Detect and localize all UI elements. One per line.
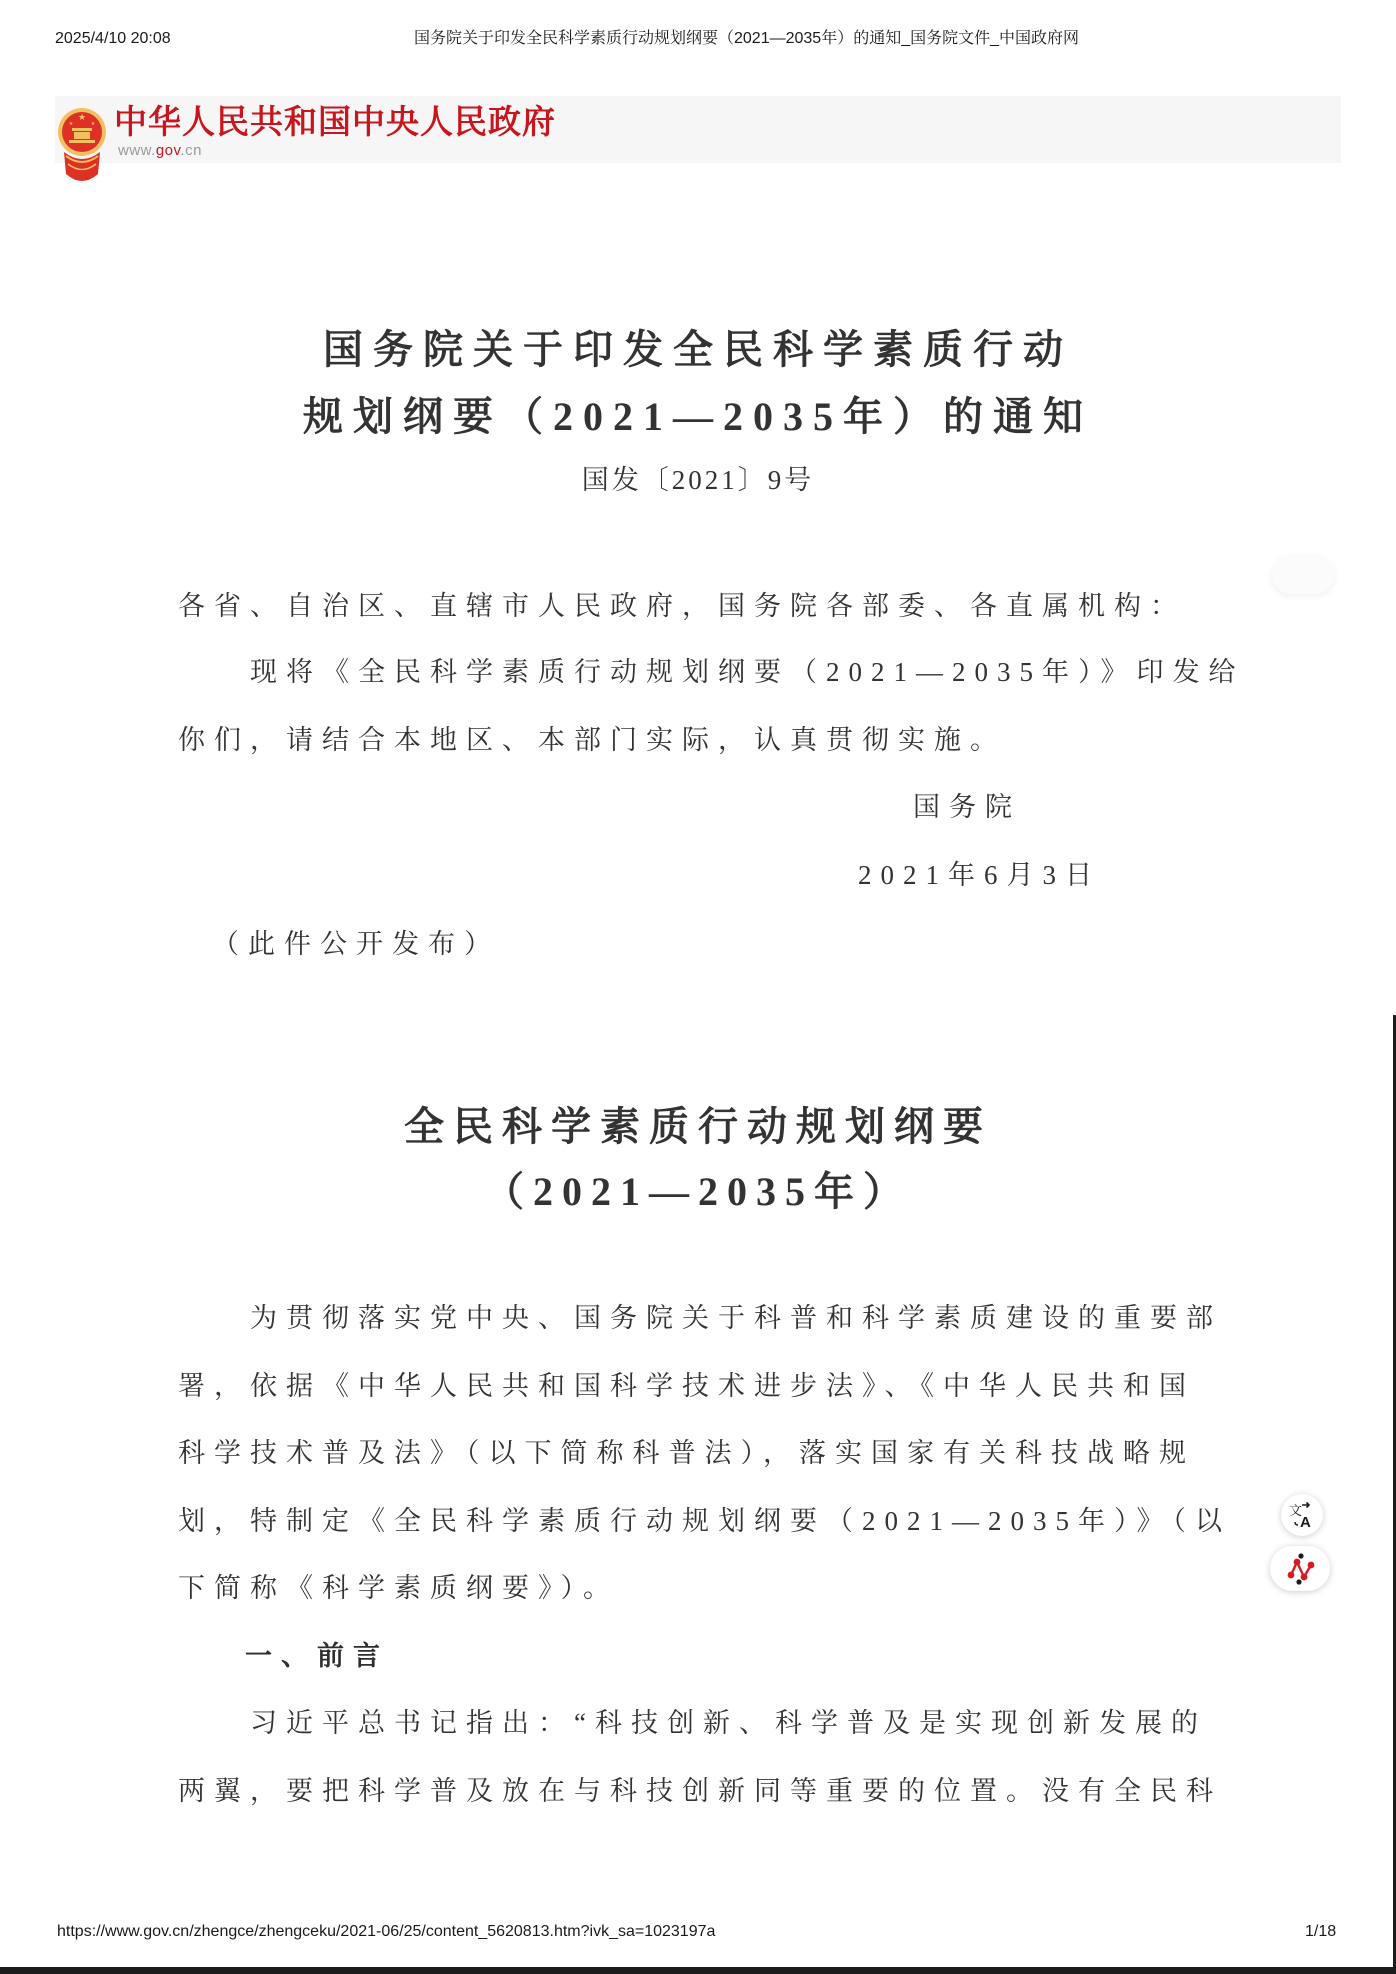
paragraph-basis: 为贯彻落实党中央、国务院关于科普和科学素质建设的重要部 署，依据《中华人民共和国…: [178, 1285, 1298, 1623]
site-url-www: www.: [118, 142, 156, 159]
outline-title: 全民科学素质行动规划纲要 （2021—2035年）: [178, 1094, 1218, 1224]
document-title: 国务院关于印发全民科学素质行动 规划纲要（2021—2035年）的通知: [178, 316, 1218, 450]
node-network-icon: [1284, 1553, 1316, 1585]
print-footer-page-number: 1/18: [1305, 1922, 1336, 1942]
svg-text:★: ★: [78, 112, 86, 122]
site-url: www.gov.cn: [118, 142, 202, 159]
translate-icon: 文 A: [1288, 1501, 1316, 1529]
paragraph-quote: 习近平总书记指出：“科技创新、科学普及是实现创新发展的 两翼，要把科学普及放在与…: [178, 1690, 1298, 1825]
node-network-button[interactable]: [1270, 1546, 1330, 1591]
print-timestamp: 2025/4/10 20:08: [55, 29, 171, 49]
faded-floating-button[interactable]: [1272, 556, 1334, 594]
svg-text:★: ★: [91, 121, 96, 127]
sign-date: 2021年6月3日: [858, 842, 1101, 910]
site-title: 中华人民共和国中央人民政府: [114, 103, 556, 141]
salutation-line: 各省、自治区、直辖市人民政府，国务院各部委、各直属机构：: [178, 573, 1298, 641]
site-url-gov: gov: [156, 142, 181, 159]
national-emblem-icon: ★ ★ ★: [56, 98, 108, 186]
paragraph-forward: 现将《全民科学素质行动规划纲要（2021—2035年）》印发给 你们，请结合本地…: [178, 639, 1298, 774]
window-bottom-border: [0, 1967, 1396, 1974]
publish-note: （此件公开发布）: [212, 911, 500, 979]
site-url-cn: .cn: [180, 142, 202, 159]
translate-button[interactable]: 文 A: [1281, 1494, 1323, 1536]
svg-text:★: ★: [69, 121, 74, 127]
svg-text:A: A: [1300, 1514, 1311, 1529]
print-footer-url: https://www.gov.cn/zhengce/zhengceku/202…: [57, 1922, 715, 1942]
print-page-title: 国务院关于印发全民科学素质行动规划纲要（2021—2035年）的通知_国务院文件…: [414, 29, 1079, 49]
section-heading-foreword: 一、前言: [245, 1623, 389, 1691]
signer: 国务院: [913, 774, 1021, 842]
document-number: 国发〔2021〕9号: [178, 447, 1218, 514]
